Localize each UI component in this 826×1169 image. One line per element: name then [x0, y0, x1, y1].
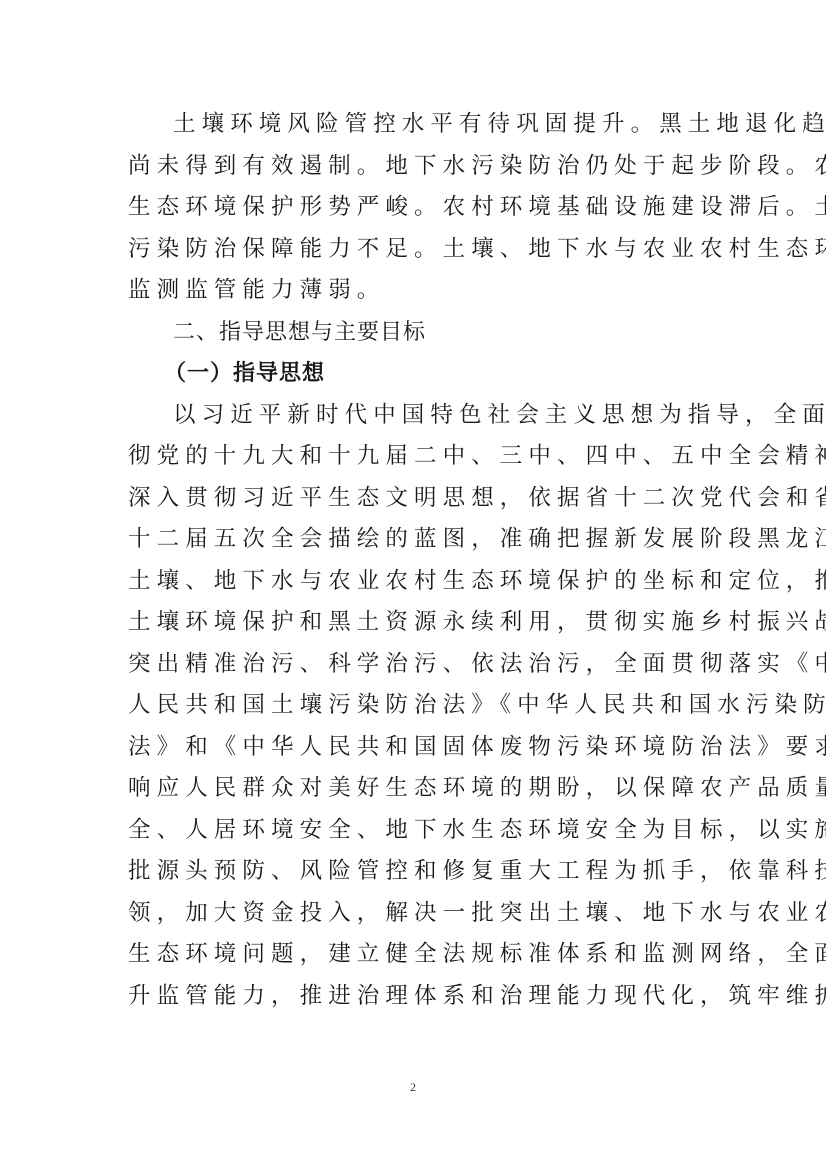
paragraph-line: 土壤环境风险管控水平有待巩固提升。黑土地退化趋势	[128, 104, 702, 146]
section-heading: 二、指导思想与主要目标	[128, 312, 702, 354]
page-number: 2	[0, 1080, 826, 1095]
paragraph-line: 突出精准治污、科学治污、依法治污，全面贯彻落实《中华	[128, 644, 702, 686]
paragraph-line: 批源头预防、风险管控和修复重大工程为抓手，依靠科技引	[128, 851, 702, 893]
document-page: 土壤环境风险管控水平有待巩固提升。黑土地退化趋势 尚未得到有效遏制。地下水污染防…	[0, 0, 826, 1169]
paragraph-line: 土壤、地下水与农业农村生态环境保护的坐标和定位，推动	[128, 561, 702, 603]
paragraph-line: 生态环境保护形势严峻。农村环境基础设施建设滞后。土壤	[128, 187, 702, 229]
paragraph-line: 深入贯彻习近平生态文明思想，依据省十二次党代会和省委	[128, 478, 702, 520]
paragraph-line: 十二届五次全会描绘的蓝图，准确把握新发展阶段黑龙江省	[128, 519, 702, 561]
paragraph-line: 监测监管能力薄弱。	[128, 270, 702, 312]
paragraph-line: 土壤环境保护和黑土资源永续利用，贯彻实施乡村振兴战略，	[128, 602, 702, 644]
paragraph-line: 污染防治保障能力不足。土壤、地下水与农业农村生态环境	[128, 229, 702, 271]
subsection-heading: （一）指导思想	[128, 353, 702, 395]
paragraph-line: 以习近平新时代中国特色社会主义思想为指导，全面贯	[128, 395, 702, 437]
paragraph-line: 法》和《中华人民共和国固体废物污染环境防治法》要求，	[128, 727, 702, 769]
paragraph-line: 人民共和国土壤污染防治法》《中华人民共和国水污染防治	[128, 685, 702, 727]
paragraph-line: 升监管能力，推进治理体系和治理能力现代化，筑牢维护国	[128, 976, 702, 1018]
paragraph-line: 彻党的十九大和十九届二中、三中、四中、五中全会精神，	[128, 436, 702, 478]
paragraph-line: 领，加大资金投入，解决一批突出土壤、地下水与农业农村	[128, 893, 702, 935]
paragraph-line: 生态环境问题，建立健全法规标准体系和监测网络，全面提	[128, 934, 702, 976]
paragraph-line: 响应人民群众对美好生态环境的期盼，以保障农产品质量安	[128, 768, 702, 810]
page-content: 土壤环境风险管控水平有待巩固提升。黑土地退化趋势 尚未得到有效遏制。地下水污染防…	[128, 104, 702, 1017]
paragraph-line: 尚未得到有效遏制。地下水污染防治仍处于起步阶段。农业	[128, 146, 702, 188]
paragraph-line: 全、人居环境安全、地下水生态环境安全为目标，以实施一	[128, 810, 702, 852]
